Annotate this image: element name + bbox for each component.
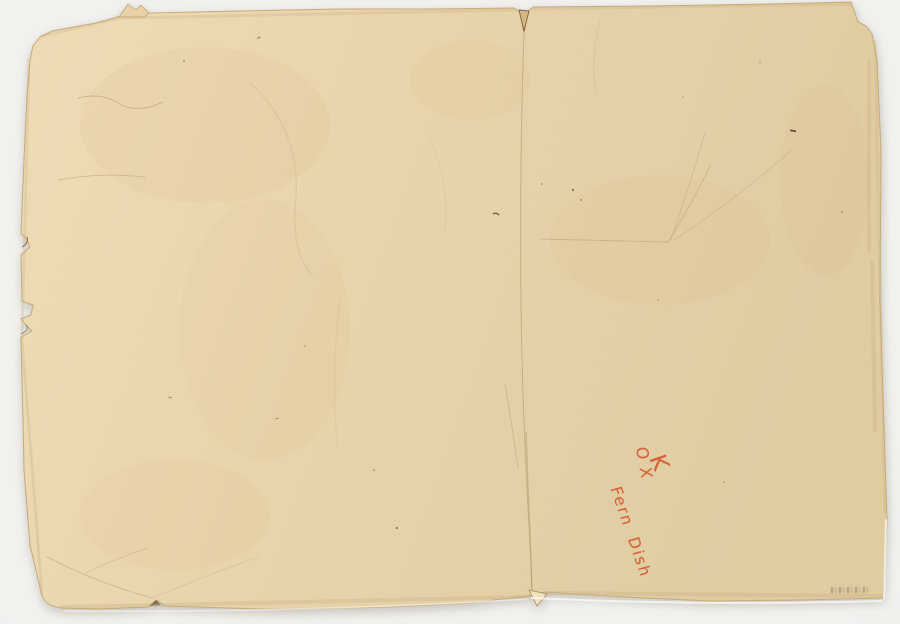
speck	[183, 60, 185, 62]
top-edge-tear-flap	[119, 4, 149, 17]
photo-backdrop: K OX Fern Dish	[0, 0, 900, 624]
speck	[841, 211, 843, 213]
speck	[304, 345, 306, 347]
stain	[410, 40, 530, 120]
speck	[572, 189, 574, 191]
stain	[180, 200, 350, 460]
speck	[373, 469, 375, 471]
speck	[396, 527, 398, 529]
paper-sheet	[0, 0, 900, 624]
paper	[21, 2, 887, 609]
speck	[723, 481, 725, 483]
stain	[80, 460, 270, 570]
speck	[657, 299, 659, 301]
stain	[80, 47, 330, 203]
speck	[759, 61, 761, 63]
speck	[580, 199, 582, 201]
speck	[682, 96, 684, 98]
stain	[780, 85, 870, 275]
speck	[541, 183, 543, 185]
printed-corner-mark	[831, 587, 870, 594]
